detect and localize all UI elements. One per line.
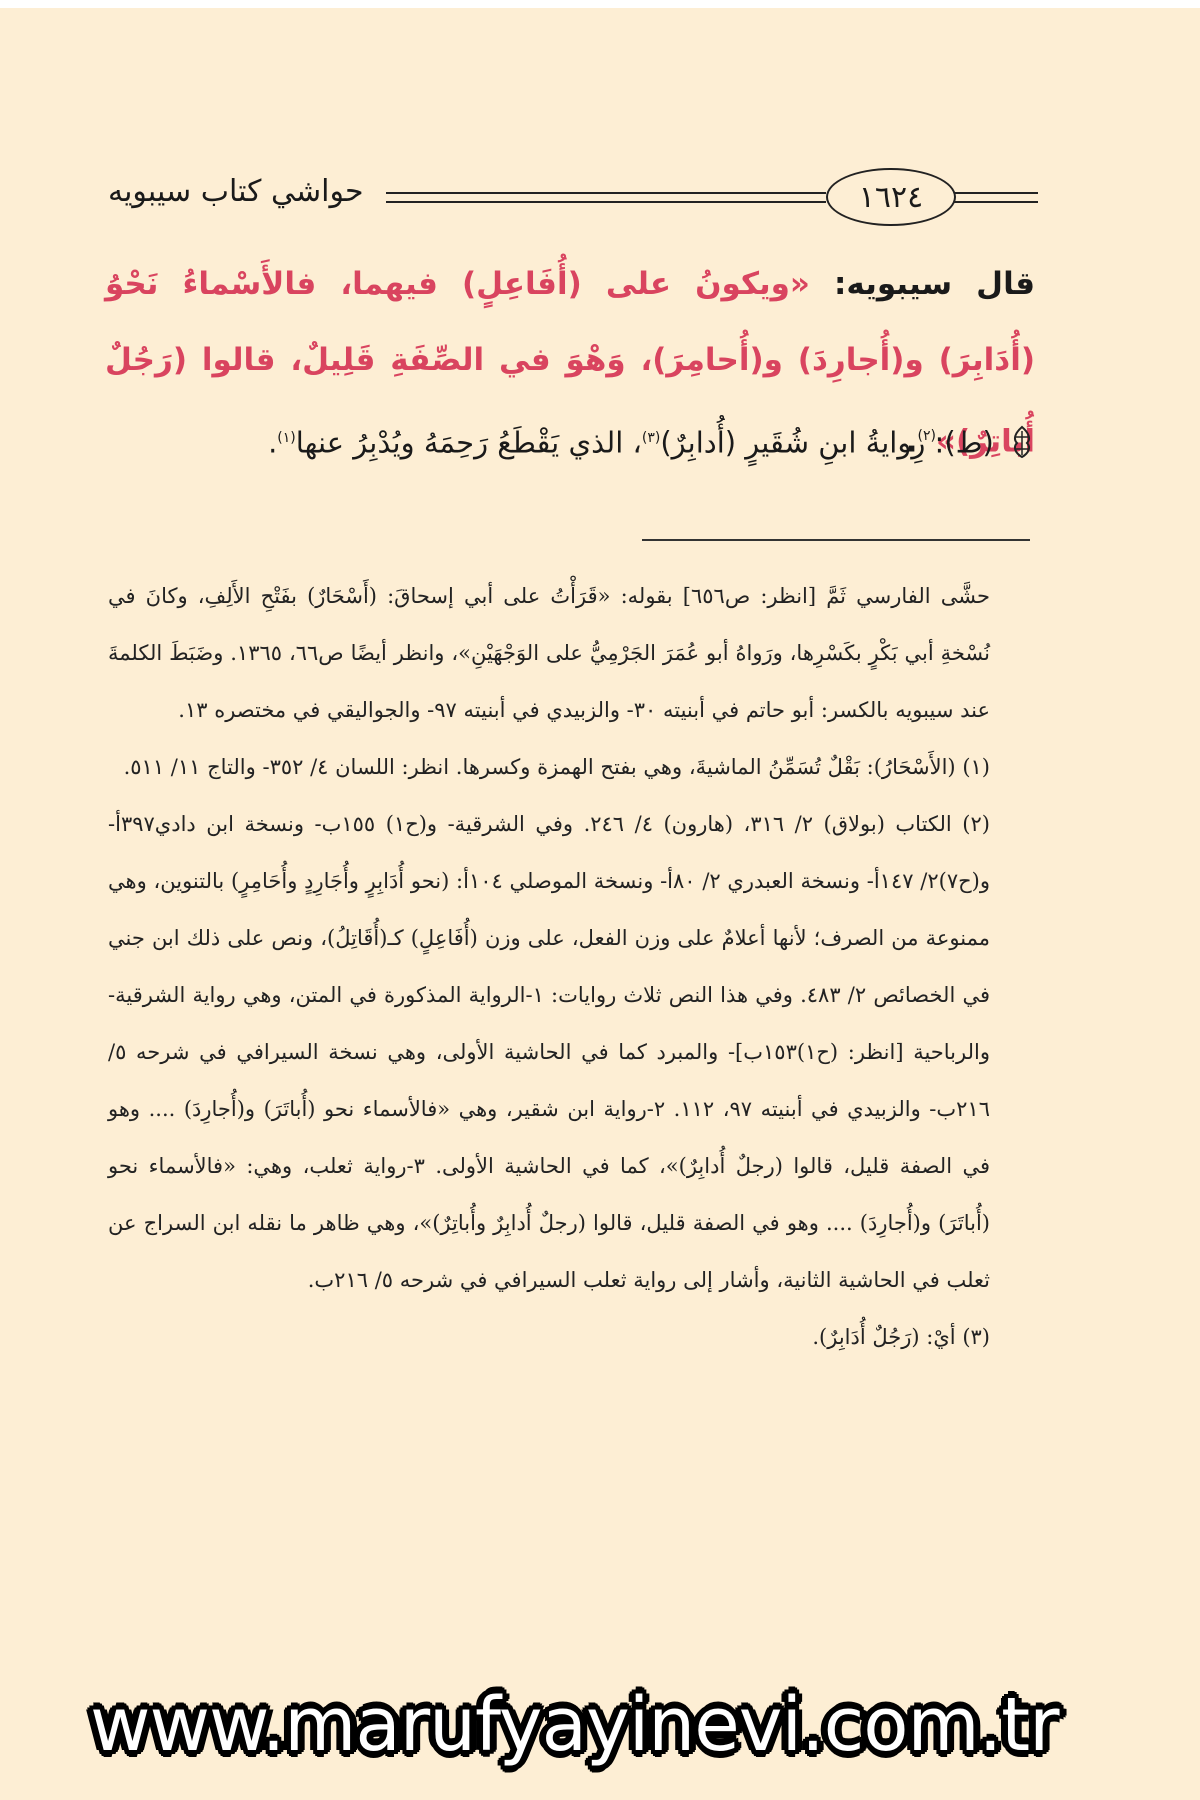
t-variant-line: (ط): رِوايةُ ابنِ شُقَيرٍ (أُدابِرٌ)(٣)،… — [105, 408, 1035, 473]
footnote-1: (١) (الأَسْحَارُ): بَقْلٌ تُسَمِّنُ الما… — [108, 739, 990, 796]
footnote-3: (٣) أيْ: (رَجُلٌ أُدَابِرٌ). — [108, 1309, 990, 1366]
footnote-1-label: (١) — [962, 755, 990, 779]
t-variant-end: . — [268, 426, 277, 460]
footnotes-section: حشَّى الفارسي ثَمَّ [انظر: ص٦٥٦] بقوله: … — [108, 568, 990, 1366]
book-page: حواشي كتاب سيبويه ١٦٢٤ قال سيبويه: «ويكو… — [0, 8, 1200, 1800]
footnote-1-text: (الأَسْحَارُ): بَقْلٌ تُسَمِّنُ الماشيةَ… — [124, 755, 956, 779]
footnote-2: (٢) الكتاب (بولاق) ٢/ ٣١٦، (هارون) ٤/ ٢٤… — [108, 796, 990, 1309]
footnote-continuation: حشَّى الفارسي ثَمَّ [انظر: ص٦٥٦] بقوله: … — [108, 568, 990, 739]
publisher-watermark: www.marufyayinevi.com.tr — [90, 1680, 1050, 1770]
footnote-2-label: (٢) — [962, 812, 990, 836]
t-variant-text: ، الذي يَقْطَعُ رَحِمَهُ ويُدْبِرُ عنها — [296, 426, 642, 460]
ornament-leaf-icon — [1009, 425, 1035, 459]
footnote-ref-3[interactable]: (٣) — [642, 430, 660, 446]
footnote-divider — [642, 539, 1030, 541]
footnote-3-label: (٣) — [962, 1325, 990, 1349]
header-double-rule-right — [954, 192, 1038, 203]
speaker-label: قال سيبويه: — [834, 266, 1035, 302]
header-double-rule — [386, 192, 826, 203]
footnote-ref-1[interactable]: (١) — [277, 430, 295, 446]
page-header: حواشي كتاب سيبويه ١٦٢٤ — [108, 168, 1038, 224]
t-variant-label: (ط): رِوايةُ ابنِ شُقَيرٍ (أُدابِرٌ) — [660, 426, 993, 460]
footnote-2-text: الكتاب (بولاق) ٢/ ٣١٦، (هارون) ٤/ ٢٤٦. و… — [108, 812, 990, 1292]
running-title: حواشي كتاب سيبويه — [108, 174, 378, 209]
footnote-3-text: أيْ: (رَجُلٌ أُدَابِرٌ). — [812, 1325, 955, 1349]
page-number: ١٦٢٤ — [826, 168, 956, 226]
